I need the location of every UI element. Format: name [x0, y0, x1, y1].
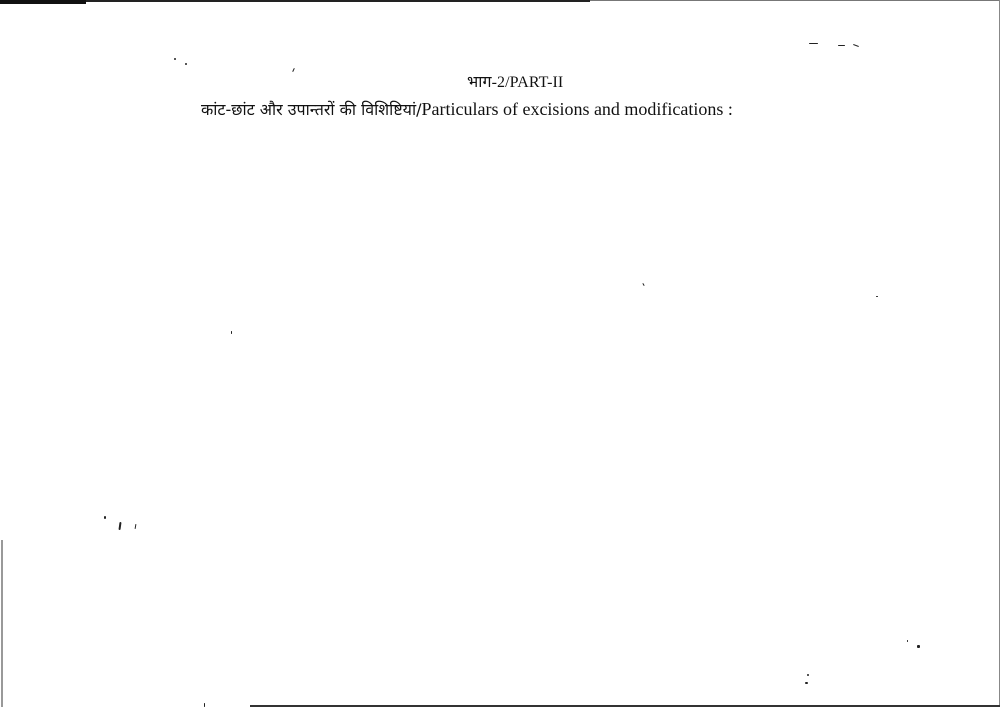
scan-speck [876, 296, 878, 297]
scan-speck [917, 645, 920, 648]
scan-speck [204, 703, 205, 707]
scan-edge-top-shadow [0, 0, 86, 4]
part-title: भाग-2/PART-II [467, 70, 563, 92]
scan-edge-top [0, 0, 590, 2]
scan-speck [807, 674, 809, 676]
scan-speck [907, 640, 908, 642]
particulars-heading: कांट-छांट और उपान्तरों की विशिष्टियां/Pa… [201, 98, 733, 120]
particulars-heading-hindi: कांट-छांट और उपान्तरों की विशिष्टियां/ [201, 100, 421, 119]
scan-speck [642, 283, 644, 286]
scan-speck [174, 58, 176, 60]
scan-speck [231, 331, 232, 334]
scan-speck [809, 43, 818, 44]
scan-speck [838, 45, 845, 46]
scanned-page: भाग-2/PART-II कांट-छांट और उपान्तरों की … [0, 0, 1000, 707]
scan-speck [118, 522, 121, 530]
scan-speck [805, 682, 808, 684]
scan-edge-left [1, 540, 3, 707]
scan-speck [185, 63, 187, 65]
scan-speck [853, 44, 859, 47]
scan-speck [292, 68, 295, 72]
scan-edge-top-thin [590, 0, 1000, 1]
scan-speck [135, 524, 137, 529]
scan-speck [104, 516, 106, 519]
particulars-heading-english: Particulars of excisions and modificatio… [421, 99, 732, 119]
